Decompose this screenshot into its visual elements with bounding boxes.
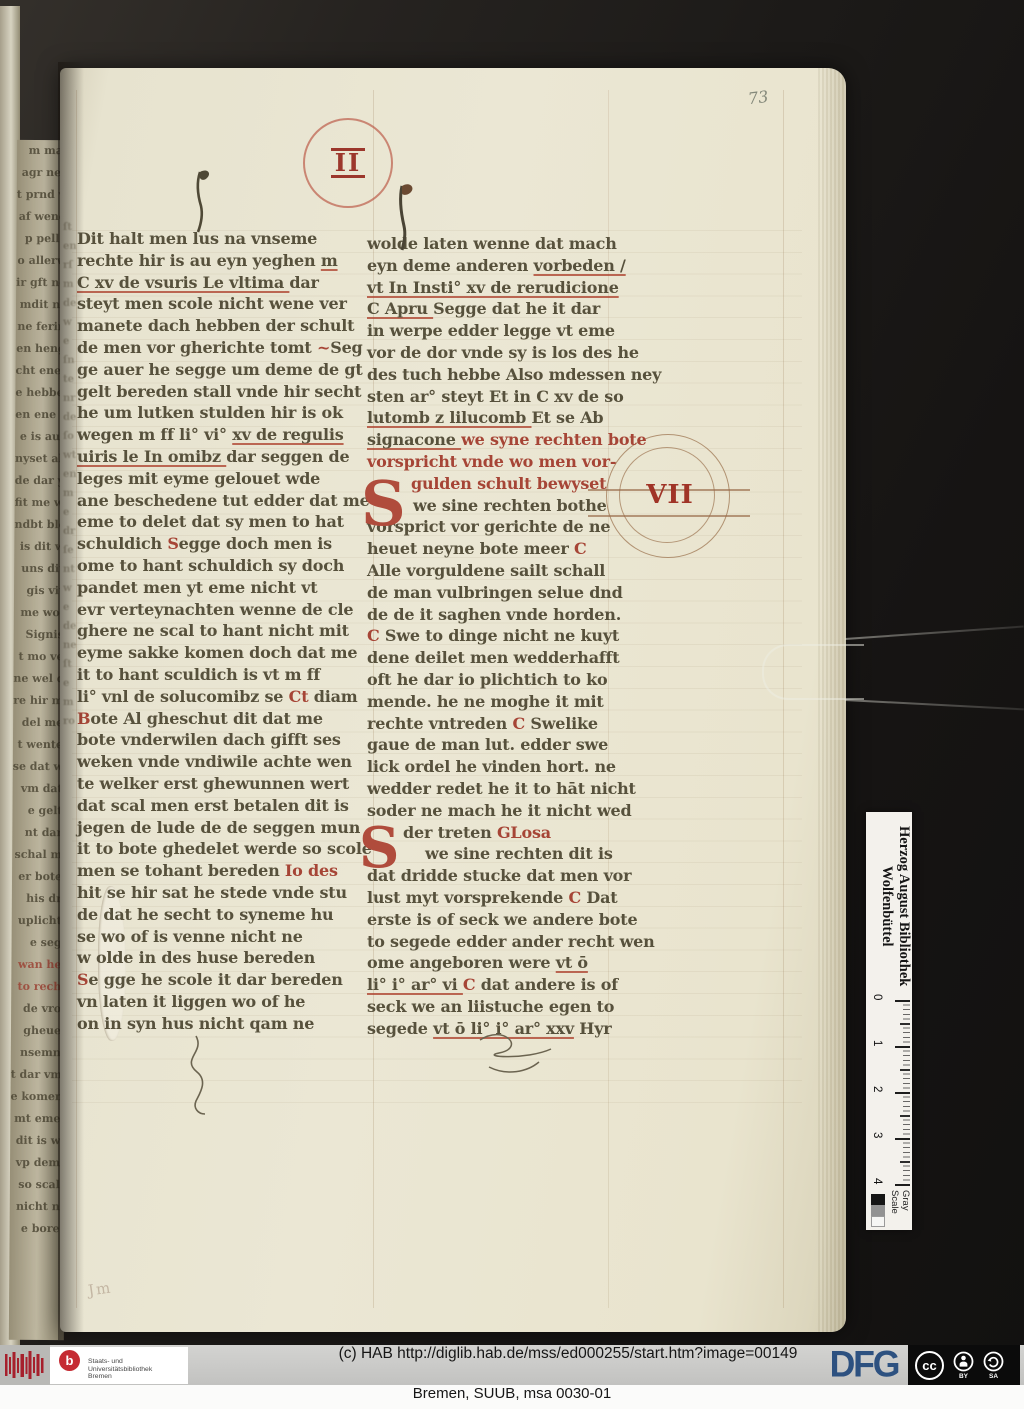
verso-text-fragment: nicht n — [10, 1196, 65, 1218]
suub-logo-box: b Staats- und Universitätsbibliothek Bre… — [50, 1347, 188, 1384]
manuscript-text-segment: te welker erst ghewunnen wert — [77, 774, 349, 793]
manuscript-line: oft he dar io plichtich to ko — [367, 669, 655, 691]
manuscript-text-segment: C — [367, 626, 380, 645]
manuscript-text-segment: soder ne mach he it nicht wed — [367, 801, 631, 820]
manuscript-text-segment: wolde laten wenne dat mach — [367, 234, 617, 253]
manuscript-text-segment: evr verteynachten wenne de cle — [77, 600, 353, 619]
manuscript-text-segment: li° i° ar° vi — [367, 975, 463, 994]
suub-barcode-icon — [0, 1345, 50, 1385]
manuscript-line: vor de dor vnde sy is los des he — [367, 342, 655, 364]
manuscript-text-segment: uiris le In omibz — [77, 447, 226, 466]
manuscript-line: we sine rechten bothe — [413, 495, 655, 517]
manuscript-text-segment: eyn deme anderen — [367, 256, 534, 275]
manuscript-text-segment: diam — [308, 687, 357, 706]
manuscript-line: ge auer he segge um deme de gt — [77, 359, 365, 381]
manuscript-line: eyn deme anderen vorbeden / — [367, 255, 655, 277]
manuscript-line: leges mit eyme gelouet wde — [77, 468, 365, 490]
manuscript-text-segment: li° vnl de solucomibz se — [77, 687, 289, 706]
manuscript-text-segment: vor de dor vnde sy is los des he — [367, 343, 639, 362]
manuscript-text-segment: in werpe edder legge vt eme — [367, 321, 615, 340]
manuscript-line: C xv de vsuris Le vltima dar — [77, 272, 365, 294]
suub-library-name: Staats- und Universitätsbibliothek Breme… — [88, 1358, 152, 1381]
manuscript-text-segment: C — [569, 888, 582, 907]
manuscript-text-segment: Hyr — [574, 1019, 612, 1038]
manuscript-line: eyme sakke komen doch dat me — [77, 642, 365, 664]
folio-number: 73 — [747, 87, 770, 108]
manuscript-text-segment: C — [463, 975, 476, 994]
manuscript-line: wedder redet he it to hāt nicht — [367, 778, 655, 800]
manuscript-line: lust myt vorsprekende C Dat — [367, 887, 655, 909]
manuscript-line: dene deilet men wedderhafft — [367, 647, 655, 669]
manuscript-text-segment: dat dridde stucke dat men vor — [367, 866, 631, 885]
manuscript-line: des tuch hebbe Also mdessen ney — [367, 364, 655, 386]
manuscript-line: gulden schult bewyset — [411, 473, 655, 495]
manuscript-text-segment: C Apru — [367, 299, 433, 318]
manuscript-line: te welker erst ghewunnen wert — [77, 773, 365, 795]
manuscript-line: schuldich Segge doch men is — [77, 533, 365, 555]
manuscript-text-segment: sten ar° steyt Et in C xv de so — [367, 387, 624, 406]
footer-credit-bar: b Staats- und Universitätsbibliothek Bre… — [0, 1345, 1024, 1385]
manuscript-line: vt In Insti° xv de rerudicione — [367, 277, 655, 299]
manuscript-line: ome angeboren were vt ō — [367, 952, 655, 974]
manuscript-text-segment: C xv de vsuris Le vltima — [77, 273, 289, 292]
manuscript-text-segment: bote vnderwilen dach gifft ses — [77, 730, 341, 749]
manuscript-line: ghere ne scal to hant nicht mit — [77, 620, 365, 642]
manuscript-line: rechte vntreden C Swelike — [367, 713, 655, 735]
manuscript-line: signacone we syne rechten bote — [367, 429, 655, 451]
library-name-line1: Herzog August Bibliothek — [895, 816, 912, 996]
manuscript-text-segment: manete dach hebben der schult — [77, 316, 354, 335]
manuscript-text-segment: wedder redet he it to hāt nicht — [367, 779, 636, 798]
manuscript-text-segment: gulden schult bewyset — [411, 474, 606, 493]
manuscript-line: wolde laten wenne dat mach — [367, 233, 655, 255]
column-right: wolde laten wenne dat macheyn deme ander… — [367, 233, 655, 1039]
manuscript-text-segment: se wo of is venne nicht ne — [77, 927, 303, 946]
manuscript-text-segment: de de it saghen vnde horden. — [367, 605, 621, 624]
ruler-cm-tick — [895, 1000, 910, 1002]
manuscript-text-segment: Et se Ab — [532, 408, 604, 427]
manuscript-text-segment: C — [574, 539, 587, 558]
suub-name-line2: Universitätsbibliothek — [88, 1366, 152, 1374]
manuscript-line: eme to delet dat sy men to hat — [77, 511, 365, 533]
manuscript-text-segment: segede — [367, 1019, 433, 1038]
ruler-cm-tick — [895, 1138, 910, 1140]
ruler-cm-tick — [895, 1184, 910, 1186]
manuscript-text-segment: ome to hant schuldich sy doch — [77, 556, 344, 575]
manuscript-line: mende. he ne moghe it mit — [367, 691, 655, 713]
gutter-shadow — [58, 62, 84, 1340]
shelfmark-strip: Bremen, SUUB, msa 0030-01 — [0, 1385, 1024, 1409]
verso-text-fragment: dit is w — [10, 1130, 65, 1152]
page-holder-clip-arm — [845, 699, 1024, 710]
manuscript-line: der treten GLosa — [403, 822, 655, 844]
suub-name-line1: Staats- und — [88, 1358, 152, 1366]
marginal-smudge: Jm — [87, 1278, 114, 1299]
manuscript-text-segment: erste is of seck we andere bote — [367, 910, 637, 929]
manuscript-text-segment: oft he dar io plichtich to ko — [367, 670, 608, 689]
manuscript-text-segment: hit se hir sat he stede vnde stu — [77, 883, 347, 902]
manuscript-text-segment: dar seggen de — [226, 447, 349, 466]
ruler-number: 3 — [871, 1132, 883, 1138]
manuscript-text-segment: C — [512, 714, 525, 733]
manuscript-text-segment: de dat he secht to syneme hu — [77, 905, 333, 924]
verso-text-fragment: e bore — [10, 1218, 65, 1240]
manuscript-line: it to bote ghedelet werde so scole — [77, 838, 365, 860]
manuscript-line: hit se hir sat he stede vnde stu — [77, 882, 365, 904]
manuscript-text-segment: steyt men scole nicht wene ver — [77, 294, 347, 313]
manuscript-text-segment: Swelike — [525, 714, 598, 733]
manuscript-text-segment: ote Al gheschut dit dat me — [90, 709, 323, 728]
manuscript-text-segment: Io des — [285, 861, 338, 880]
gray-scale-black — [871, 1194, 885, 1205]
manuscript-line: evr verteynachten wenne de cle — [77, 599, 365, 621]
manuscript-line: seck we an liistuche egen to — [367, 996, 655, 1018]
hab-ruler: 01234 — [866, 996, 912, 1190]
manuscript-text-segment: de men vor gherichte tomt — [77, 338, 317, 357]
ruler-half-tick — [900, 1023, 910, 1025]
manuscript-text-segment: w olde in des huse bereden — [77, 948, 315, 967]
verso-text-fragment: vp dem — [10, 1152, 65, 1174]
ruler-cm-tick — [895, 1092, 910, 1094]
manuscript-text-segment: dat andere is of — [475, 975, 617, 994]
manuscript-text-segment: egge doch men is — [179, 534, 332, 553]
ruler-half-tick — [900, 1115, 910, 1117]
shelfmark-text: Bremen, SUUB, msa 0030-01 — [0, 1385, 1024, 1402]
manuscript-text-segment: it to bote ghedelet werde so scole — [77, 839, 372, 858]
manuscript-text-segment: men se tohant bereden — [77, 861, 285, 880]
manuscript-line: on in syn hus nicht qam ne — [77, 1013, 365, 1035]
manuscript-text-segment: ge auer he segge um deme de gt — [77, 360, 363, 379]
manuscript-line: erste is of seck we andere bote — [367, 909, 655, 931]
manuscript-text-segment: ghere ne scal to hant nicht mit — [77, 621, 349, 640]
manuscript-line: we sine rechten dit is — [425, 843, 655, 865]
manuscript-text-segment: leges mit eyme gelouet wde — [77, 469, 320, 488]
page-holder-clip-arm — [845, 626, 1024, 640]
manuscript-text-segment: ane beschedene tut edder dat me — [77, 491, 370, 510]
manuscript-line: in werpe edder legge vt eme — [367, 320, 655, 342]
manuscript-text-segment: eyme sakke komen doch dat me — [77, 643, 357, 662]
cc-sa-label: SA — [989, 1373, 998, 1380]
cc-license-box: cc BY SA — [908, 1345, 1020, 1385]
manuscript-line: jegen de lude de de seggen mun — [77, 817, 365, 839]
manuscript-text-segment: dar — [289, 273, 318, 292]
cc-by-label: BY — [959, 1373, 968, 1380]
suub-logo-icon: b — [59, 1350, 80, 1371]
manuscript-text-segment: gaue de man lut. edder swe — [367, 735, 608, 754]
manuscript-text-segment: signacone — [367, 430, 461, 449]
manuscript-text-segment: rechte hir is au eyn yeghen — [77, 251, 321, 270]
manuscript-text-segment: des tuch hebbe Also mdessen ney — [367, 365, 661, 384]
manuscript-line: Bote Al gheschut dit dat me — [77, 708, 365, 730]
manuscript-line: li° i° ar° vi C dat andere is of — [367, 974, 655, 996]
manuscript-text-segment: vn laten it liggen wo of he — [77, 992, 305, 1011]
cc-by-item: BY — [953, 1351, 974, 1380]
manuscript-text-segment: Dit halt men lus na vnseme — [77, 229, 317, 248]
manuscript-line: C Swe to dinge nicht ne kuyt — [367, 625, 655, 647]
manuscript-text-segment: Seg — [330, 338, 362, 357]
manuscript-text-segment: lick ordel he vinden hort. ne — [367, 757, 616, 776]
verso-text-fragment: so scal — [10, 1174, 65, 1196]
manuscript-line: manete dach hebben der schult — [77, 315, 365, 337]
manuscript-text-segment: seck we an liistuche egen to — [367, 997, 614, 1016]
manuscript-line: vorspricht vnde wo men vor- — [367, 451, 655, 473]
manuscript-text-segment: vt ō li° i° ar° xxv — [433, 1019, 574, 1038]
manuscript-text-segment: vorbeden / — [534, 256, 626, 275]
manuscript-text-segment: weken vnde vndiwile achte wen — [77, 752, 352, 771]
manuscript-line: rechte hir is au eyn yeghen m — [77, 250, 365, 272]
manuscript-text-segment: lust myt vorsprekende — [367, 888, 569, 907]
manuscript-line: C Apru Segge dat he it dar — [367, 298, 655, 320]
gray-scale-patch: Gray Scale — [866, 1190, 912, 1230]
manuscript-line: sten ar° steyt Et in C xv de so — [367, 386, 655, 408]
manuscript-line: to segede edder ander recht wen — [367, 931, 655, 953]
manuscript-line: li° vnl de solucomibz se Ct diam — [77, 686, 365, 708]
manuscript-text-segment: he um lutken stulden hir is ok — [77, 403, 343, 422]
manuscript-text-segment: pandet men yt eme nicht vt — [77, 578, 317, 597]
manuscript-text-segment: to segede edder ander recht wen — [367, 932, 655, 951]
manuscript-text-segment: der treten — [403, 823, 497, 842]
manuscript-text-segment: we sine rechten bothe — [413, 496, 607, 515]
manuscript-line: uiris le In omibz dar seggen de — [77, 446, 365, 468]
manuscript-text-segment: Swe to dinge nicht ne kuyt — [380, 626, 620, 645]
rubric-initial: S — [359, 823, 399, 873]
gray-scale-mid — [871, 1205, 885, 1216]
manuscript-line: w olde in des huse bereden — [77, 947, 365, 969]
manuscript-text-segment: wegen m ff li° vi° — [77, 425, 232, 444]
manuscript-line: Se gge he scole it dar bereden — [77, 969, 365, 991]
suub-name-line3: Bremen — [88, 1373, 152, 1381]
manuscript-line: dat dridde stucke dat men vor — [367, 865, 655, 887]
ruler-number: 2 — [871, 1086, 883, 1092]
library-name-line2: Wolfenbüttel — [878, 816, 895, 996]
manuscript-line: se wo of is venne nicht ne — [77, 926, 365, 948]
manuscript-line: de de it saghen vnde horden. — [367, 604, 655, 626]
manuscript-line: ome to hant schuldich sy doch — [77, 555, 365, 577]
manuscript-text-segment: xv de regulis — [232, 425, 343, 444]
manuscript-line: vn laten it liggen wo of he — [77, 991, 365, 1013]
rubric-initial: S — [361, 476, 406, 532]
manuscript-line: gaue de man lut. edder swe — [367, 734, 655, 756]
manuscript-text-segment: schuldich — [77, 534, 167, 553]
manuscript-line: de men vor gherichte tomt ~Seg — [77, 337, 365, 359]
manuscript-line: de dat he secht to syneme hu — [77, 904, 365, 926]
cc-sa-item: SA — [983, 1351, 1004, 1380]
manuscript-line: soder ne mach he it nicht wed — [367, 800, 655, 822]
ruler-half-tick — [900, 1161, 910, 1163]
manuscript-line: Alle vorguldene sailt schall — [367, 560, 655, 582]
page-holder-clip — [762, 644, 864, 700]
manuscript-text-segment: heuet neyne bote meer — [367, 539, 574, 558]
ruler-cm-tick — [895, 1046, 910, 1048]
manuscript-line: lutomb z lilucomb Et se Ab — [367, 407, 655, 429]
gray-scale-squares — [871, 1194, 885, 1227]
manuscript-line: gelt bereden stall vnde hir secht — [77, 381, 365, 403]
manuscript-line: Dit halt men lus na vnseme — [77, 228, 365, 250]
manuscript-line: de man vulbringen selue dnd — [367, 582, 655, 604]
manuscript-text-segment: Dat — [581, 888, 617, 907]
dfg-logo: DFG — [814, 1342, 913, 1387]
manuscript-text-segment: e gge he scole it dar bereden — [88, 970, 342, 989]
manuscript-text-segment: vt ō — [556, 953, 588, 972]
manuscript-line: pandet men yt eme nicht vt — [77, 577, 365, 599]
ruler-half-tick — [900, 1069, 910, 1071]
quire-mark-ii: II — [331, 148, 365, 178]
manuscript-line: weken vnde vndiwile achte wen — [77, 751, 365, 773]
manuscript-text-segment: Alle vorguldene sailt schall — [367, 561, 605, 580]
manuscript-line: segede vt ō li° i° ar° xxv Hyr — [367, 1018, 655, 1040]
manuscript-text-segment: rechte vntreden — [367, 714, 512, 733]
manuscript-text-segment: dat scal men erst betalen dit is — [77, 796, 349, 815]
gray-scale-white — [871, 1216, 885, 1227]
manuscript-line: dat scal men erst betalen dit is — [77, 795, 365, 817]
manuscript-line: it to hant sculdich is vt m ff — [77, 664, 365, 686]
manuscript-line: bote vnderwilen dach gifft ses — [77, 729, 365, 751]
manuscript-line: wegen m ff li° vi° xv de regulis — [77, 424, 365, 446]
manuscript-text-segment: we syne rechten bote — [461, 430, 646, 449]
column-left: Dit halt men lus na vnsemerechte hir is … — [77, 228, 365, 1034]
manuscript-line: steyt men scole nicht wene ver — [77, 293, 365, 315]
manuscript-line: vorsprict vor gerichte de ne — [367, 516, 655, 538]
manuscript-text-segment: it to hant sculdich is vt m ff — [77, 665, 320, 684]
quire-mark-circle: II — [303, 118, 393, 208]
manuscript-text-segment: de man vulbringen selue dnd — [367, 583, 623, 602]
manuscript-line: ane beschedene tut edder dat me — [77, 490, 365, 512]
manuscript-text-segment: lutomb z lilucomb — [367, 408, 532, 427]
cc-sa-arrow-icon — [983, 1351, 1004, 1372]
manuscript-line: heuet neyne bote meer C — [367, 538, 655, 560]
manuscript-text-segment: eme to delet dat sy men to hat — [77, 512, 344, 531]
manuscript-text-segment: vt In Insti° xv de rerudicione — [367, 278, 619, 297]
manuscript-line: lick ordel he vinden hort. ne — [367, 756, 655, 778]
manuscript-page: ſt en rſ m de we ſn te nr de ſo wt en me… — [60, 68, 846, 1332]
cc-logo-icon: cc — [915, 1351, 944, 1380]
manuscript-line: he um lutken stulden hir is ok — [77, 402, 365, 424]
manuscript-text-segment: gelt bereden stall vnde hir secht — [77, 382, 361, 401]
manuscript-text-segment: jegen de lude de de seggen mun — [77, 818, 360, 837]
library-name-label: Herzog August Bibliothek Wolfenbüttel — [866, 812, 912, 996]
digitized-manuscript-photo: m maiagr nert prnd waf wendp pelleo alle… — [0, 0, 1024, 1409]
ruler-number: 0 — [871, 994, 883, 1000]
manuscript-text-segment: GLosa — [497, 823, 551, 842]
ruler-number: 1 — [871, 1040, 883, 1046]
manuscript-text-segment: ome angeboren were — [367, 953, 556, 972]
cc-by-person-icon — [953, 1351, 974, 1372]
manuscript-text-segment: on in syn hus nicht qam ne — [77, 1014, 314, 1033]
manuscript-text-segment: m — [321, 251, 338, 270]
manuscript-text-segment: dene deilet men wedderhafft — [367, 648, 619, 667]
manuscript-text-segment: mende. he ne moghe it mit — [367, 692, 604, 711]
gray-scale-label: Gray Scale — [889, 1190, 911, 1230]
ruler-number: 4 — [871, 1178, 883, 1184]
manuscript-line: men se tohant bereden Io des — [77, 860, 365, 882]
manuscript-text-segment: we sine rechten dit is — [425, 844, 613, 863]
manuscript-text-segment: Ct — [289, 687, 309, 706]
library-label-strip: Herzog August Bibliothek Wolfenbüttel 01… — [866, 812, 912, 1230]
manuscript-text-segment: S — [167, 534, 178, 553]
manuscript-text-segment: Segge dat he it dar — [433, 299, 600, 318]
manuscript-text-segment: ~ — [317, 338, 330, 357]
